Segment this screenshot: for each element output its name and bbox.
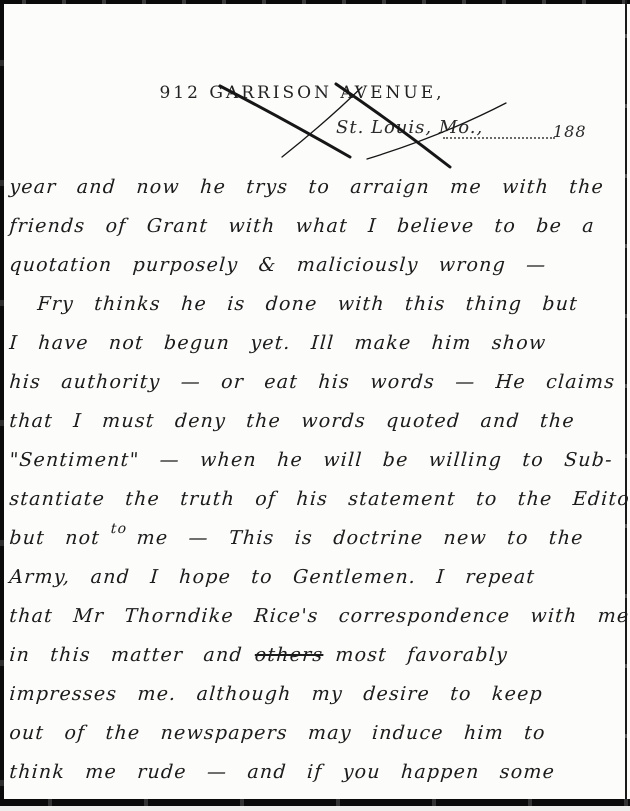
handwritten-line: think me rude — and if you happen some <box>8 753 627 792</box>
line-text-after-insertion: me — This is doctrine new to the <box>136 527 585 549</box>
scan-edge-bottom <box>0 799 630 806</box>
handwritten-line: impresses me. although my desire to keep <box>8 675 627 714</box>
date-year-prefix: 188 <box>553 122 587 141</box>
scan-edge-bottom-margin <box>0 806 630 811</box>
handwritten-line: Army, and I hope to Gentlemen. I repeat <box>8 558 627 597</box>
handwritten-line: Fry thinks he is done with this thing bu… <box>8 285 627 324</box>
handwritten-line: his authority — or eat his words — He cl… <box>8 363 627 402</box>
handwritten-line: stantiate the truth of his statement to … <box>8 480 627 519</box>
date-dotted-leader-line <box>443 121 555 139</box>
superscript-insertion: to <box>109 510 128 549</box>
letterhead-street-address: 912 GARRISON AVENUE, <box>0 83 604 103</box>
struck-out-word: others <box>254 644 324 666</box>
handwritten-line: year and now he trys to arraign me with … <box>8 168 627 207</box>
handwritten-line: I have not begun yet. Ill make him show <box>8 324 627 363</box>
handwritten-line: quotation purposely & maliciously wrong … <box>8 246 627 285</box>
scan-edge-left <box>0 0 4 811</box>
line-text-before-insertion: but not <box>9 527 101 549</box>
handwritten-line-with-insertion: but nottome — This is doctrine new to th… <box>8 519 627 558</box>
line-text-after-strikeout: most favorably <box>335 644 509 666</box>
scan-edge-top <box>0 0 630 4</box>
handwritten-line: friends of Grant with what I believe to … <box>8 207 627 246</box>
line-text-before-strikeout: in this matter and <box>9 644 244 666</box>
handwritten-line: out of the newspapers may induce him to <box>8 714 627 753</box>
handwritten-line-with-strikeout: in this matter andothersmost favorably <box>8 636 627 675</box>
scanned-letter-page: 912 GARRISON AVENUE, St. Louis, Mo., 188… <box>0 0 630 811</box>
handwritten-line: "Sentiment" — when he will be willing to… <box>8 441 627 480</box>
letter-body: year and now he trys to arraign me with … <box>8 168 624 792</box>
handwritten-line: that Mr Thorndike Rice's correspondence … <box>8 597 627 636</box>
handwritten-line: that I must deny the words quoted and th… <box>8 402 627 441</box>
